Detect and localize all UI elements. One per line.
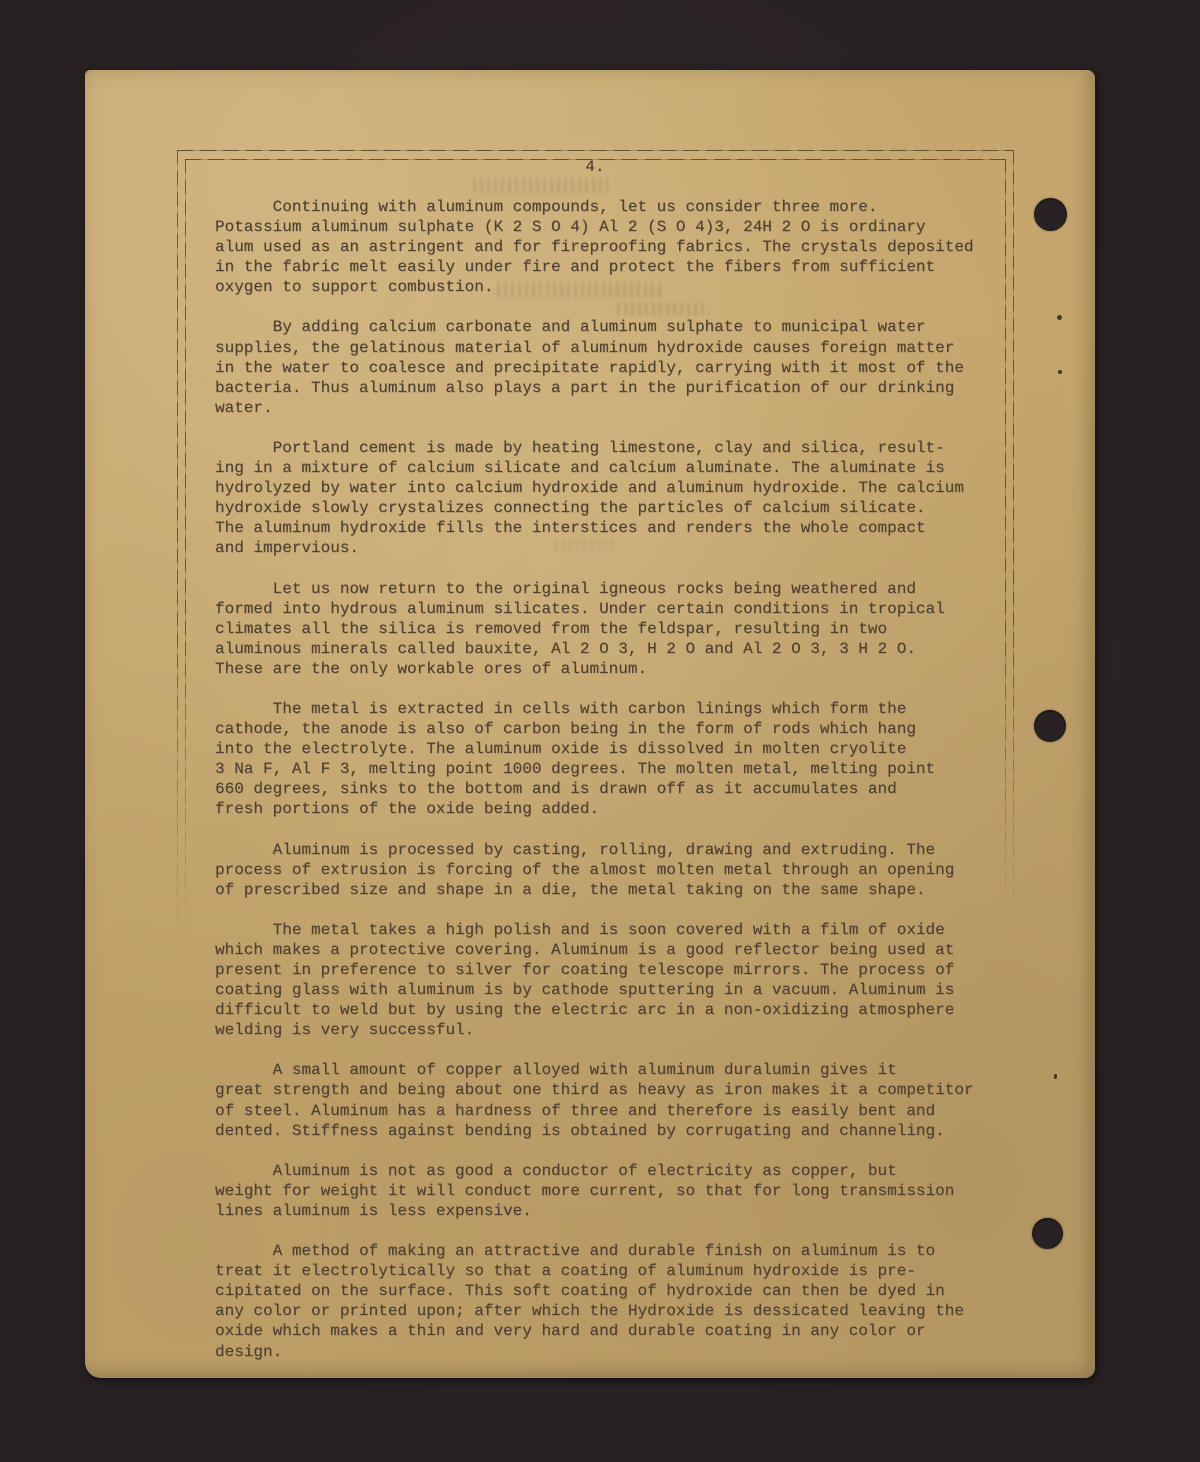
paragraph: A small amount of copper alloyed with al…: [215, 1060, 1021, 1140]
paragraph: Continuing with aluminum compounds, let …: [215, 197, 1021, 297]
punch-hole: [1034, 710, 1066, 742]
frame-rule-left-outer: [177, 150, 178, 976]
document-body: Continuing with aluminum compounds, let …: [215, 197, 1021, 1382]
frame-rule-left-inner: [185, 159, 186, 969]
ink-speck: [1054, 1074, 1057, 1079]
punch-hole: [1032, 1218, 1063, 1249]
paragraph: Aluminum is not as good a conductor of e…: [215, 1161, 1021, 1221]
ink-speck: [1057, 315, 1062, 320]
ink-bleed-smudge: [473, 178, 608, 193]
ink-speck: [1058, 370, 1062, 374]
paragraph: Aluminum is processed by casting, rollin…: [215, 840, 1021, 900]
paragraph: Let us now return to the original igneou…: [215, 579, 1021, 679]
punch-hole: [1034, 198, 1067, 231]
paragraph: Portland cement is made by heating limes…: [215, 438, 1021, 559]
paragraph: By adding calcium carbonate and aluminum…: [215, 317, 1021, 417]
paragraph: The metal is extracted in cells with car…: [215, 699, 1021, 820]
paragraph: A method of making an attractive and dur…: [215, 1241, 1021, 1362]
frame-rule-top-outer: [177, 150, 1013, 151]
page-number: 4.: [177, 158, 1013, 176]
document-page: 4. Continuing with aluminum compounds, l…: [85, 70, 1095, 1378]
paragraph: The metal takes a high polish and is soo…: [215, 920, 1021, 1041]
